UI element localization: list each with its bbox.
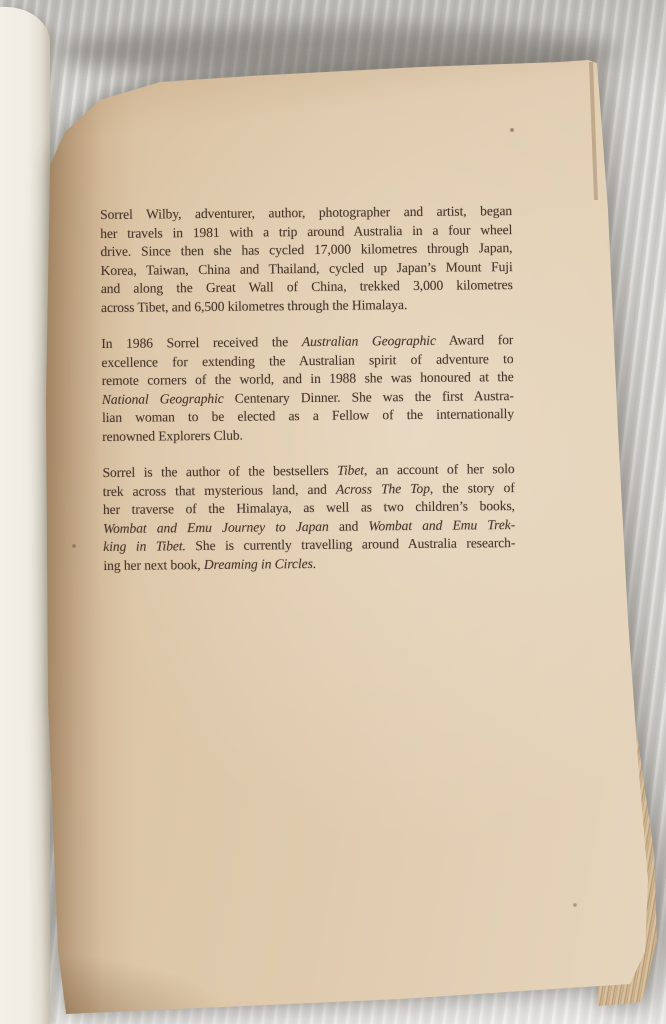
bio-paragraph: Sorrel is the author of the bestsellers … — [102, 460, 515, 575]
bio-paragraph: Sorrel Wilby, adventurer, author, photog… — [100, 202, 513, 317]
bio-paragraph: In 1986 Sorrel received the Australian G… — [101, 331, 514, 446]
page-text: Sorrel Wilby, adventurer, author, photog… — [100, 202, 516, 593]
book-photo: Sorrel Wilby, adventurer, author, photog… — [0, 0, 666, 1024]
text-line: renowned Explorers Club. — [102, 424, 514, 446]
text-line: king in Tibet. She is currently travelli… — [103, 534, 515, 556]
open-book: Sorrel Wilby, adventurer, author, photog… — [0, 0, 666, 1024]
text-line: and along the Great Wall of China, trekk… — [101, 276, 513, 298]
text-line: ing her next book, Dreaming in Circles. — [103, 553, 515, 575]
text-line: across Tibet, and 6,500 kilometres throu… — [101, 295, 513, 317]
text-line: lian woman to be elected as a Fellow of … — [102, 405, 514, 427]
